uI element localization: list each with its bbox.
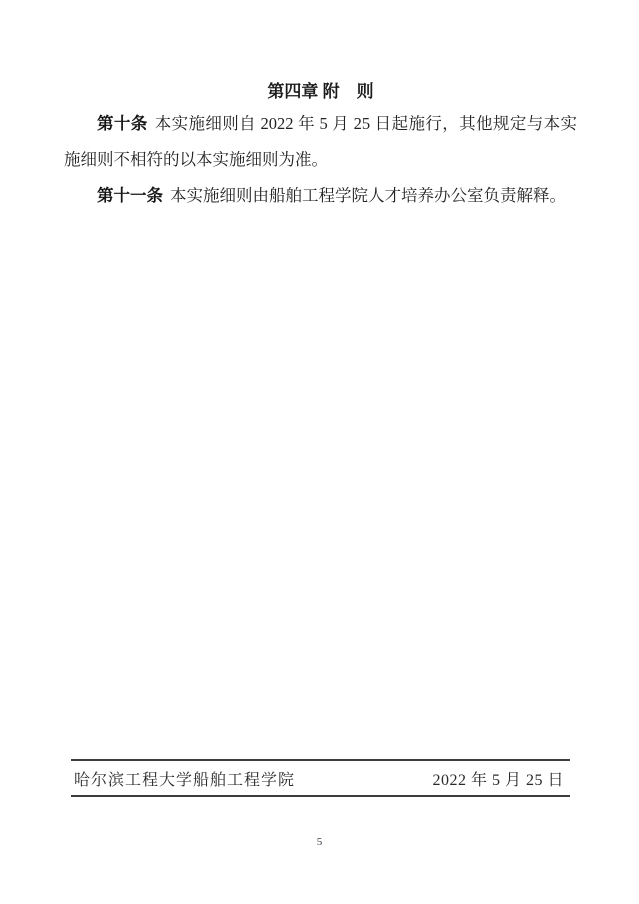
signature-date: 2022 年 5 月 25 日 [432, 767, 564, 790]
document-page: 第四章 附 则 第十条本实施细则自 2022 年 5 月 25 日起施行，其他规… [0, 0, 639, 904]
institution-name: 哈尔滨工程大学船舶工程学院 [74, 767, 295, 790]
signature-block: 哈尔滨工程大学船舶工程学院 2022 年 5 月 25 日 [71, 759, 570, 797]
paragraph-article-10: 第十条本实施细则自 2022 年 5 月 25 日起施行，其他规定与本实施细则不… [64, 106, 577, 178]
article-10-label: 第十条 [97, 114, 148, 133]
article-11-label: 第十一条 [97, 186, 163, 205]
document-body: 第十条本实施细则自 2022 年 5 月 25 日起施行，其他规定与本实施细则不… [64, 106, 577, 214]
article-11-text: 本实施细则由船舶工程学院人才培养办公室负责解释。 [170, 186, 566, 205]
chapter-title: 第四章 附 则 [64, 80, 577, 104]
page-number: 5 [0, 836, 639, 848]
paragraph-article-11: 第十一条本实施细则由船舶工程学院人才培养办公室负责解释。 [64, 178, 577, 214]
